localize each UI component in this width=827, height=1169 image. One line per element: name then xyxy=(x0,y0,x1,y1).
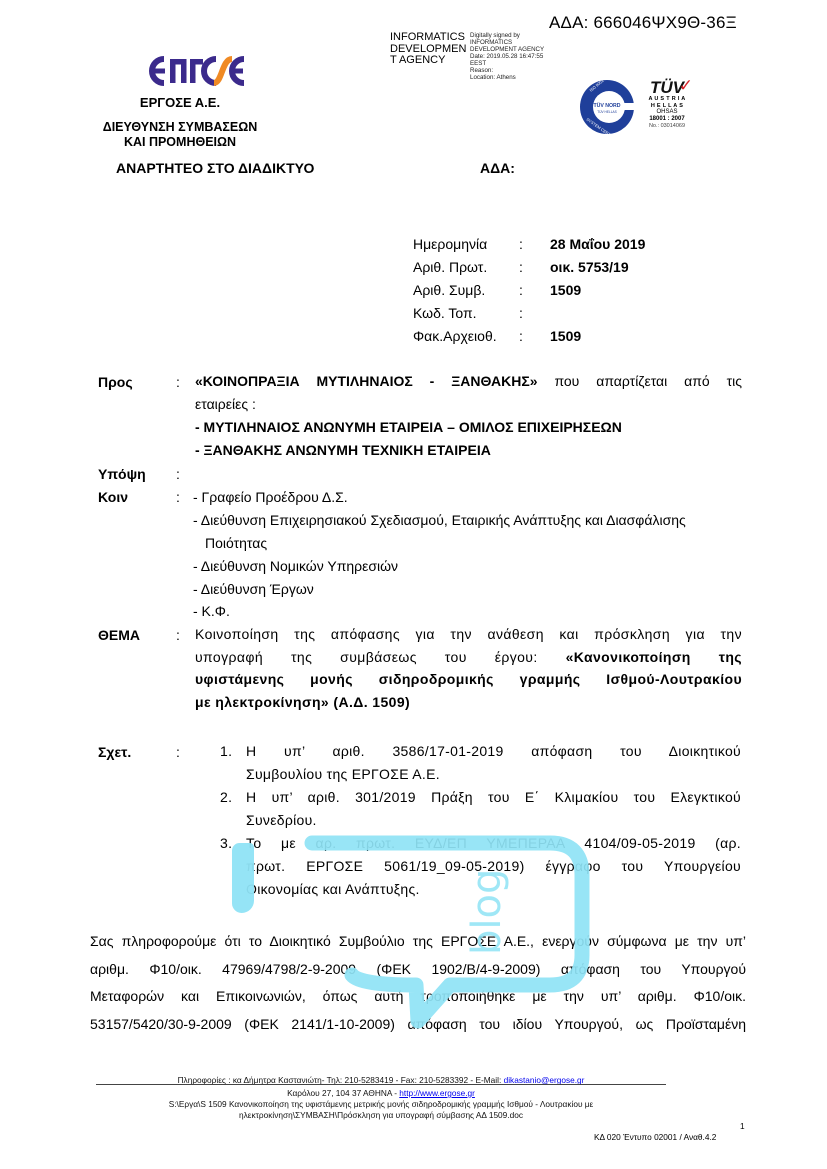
svg-text:TÜV HELLAS: TÜV HELLAS xyxy=(597,110,617,114)
iso-tuv-nord-seal-icon: TÜV NORD TÜV HELLAS ISO 9001 SYSTEM CERT… xyxy=(578,78,636,136)
reference-item-1: Η υπ’ αριθ. 3586/17-01-2019 απόφαση του … xyxy=(246,740,741,786)
footer-divider xyxy=(96,1084,666,1085)
subject-text: Κοινοποίηση της απόφασης για την ανάθεση… xyxy=(195,623,742,713)
attention-colon: : xyxy=(176,466,180,482)
cc-label: Κοιν xyxy=(98,489,128,505)
attention-label: Υπόψη xyxy=(98,466,146,482)
cc-item: - Διεύθυνση Έργων xyxy=(193,581,314,597)
reference-number: 2. xyxy=(220,786,232,809)
reference-item-3: Το με αρ. πρωτ. ΕΥΔ/ΕΠ ΥΜΕΠΕΡΑΑ 4104/09-… xyxy=(246,832,741,901)
page-number: 1 xyxy=(740,1121,745,1131)
subject-label: ΘΕΜΑ xyxy=(98,627,140,643)
digital-signature-name: INFORMATICS DEVELOPMEN T AGENCY xyxy=(390,32,466,67)
svg-text:TÜV NORD: TÜV NORD xyxy=(593,102,620,109)
footer-file-path-1: S:\Εργα\S 1509 Κανονικοποίηση της υφιστά… xyxy=(96,1099,666,1109)
footer-file-path-2: ηλεκτροκίνηση\ΣΥΜΒΑΣΗ\Πρόσκληση για υπογ… xyxy=(96,1110,666,1120)
cc-item-continuation: Ποιότητας xyxy=(205,535,267,551)
reference-number: 3. xyxy=(220,832,232,855)
footer-website-link[interactable]: http://www.ergose.gr xyxy=(399,1088,475,1098)
to-colon: : xyxy=(176,374,180,390)
tuv-mark: TÜV✓ xyxy=(641,80,693,96)
watermark-left-stroke xyxy=(232,843,254,913)
ergose-logo xyxy=(148,54,248,93)
digital-signature-details: Digitally signed by INFORMATICS DEVELOPM… xyxy=(470,32,544,81)
footer-address: Καρόλου 27, 104 37 ΑΘΗΝΑ - http://www.er… xyxy=(96,1088,666,1098)
references-label: Σχετ. xyxy=(98,744,131,760)
to-recipient-line: «ΚΟΙΝΟΠΡΑΞΙΑ ΜΥΤΙΛΗΝΑΙΟΣ - ΞΑΝΘΑΚΗΣ» που… xyxy=(195,370,742,393)
department-line-1: ΔΙΕΥΘΥΝΣΗ ΣΥΜΒΑΣΕΩΝ xyxy=(0,120,360,134)
to-companies-intro: εταιρείες : xyxy=(195,393,256,416)
ada-number-top: ΑΔΑ: 666046ΨΧ9Θ-36Ξ xyxy=(549,13,737,33)
tuv-austria-hellas-badge: TÜV✓ A U S T R I A H E L L A S OHSAS 180… xyxy=(641,80,693,130)
form-code: ΚΔ 020 Έντυπο 02001 / Αναθ.4.2 xyxy=(594,1132,716,1142)
cc-item: - Διεύθυνση Επιχειρησιακού Σχεδιασμού, Ε… xyxy=(193,512,686,528)
recipient-company-2: - ΞΑΝΘΑΚΗΣ ΑΝΩΝΥΜΗ ΤΕΧΝΙΚΗ ΕΤΑΙΡΕΙΑ xyxy=(195,439,491,462)
tuv-checkmark-icon: ✓ xyxy=(679,78,693,94)
recipient-company-1: - ΜΥΤΙΛΗΝΑΙΟΣ ΑΝΩΝΥΜΗ ΕΤΑΙΡΕΙΑ – ΟΜΙΛΟΣ … xyxy=(195,416,622,439)
cc-item: - Γραφείο Προέδρου Δ.Σ. xyxy=(193,489,348,505)
subject-colon: : xyxy=(176,627,180,643)
company-name: ΕΡΓΟΣΕ Α.Ε. xyxy=(0,95,360,110)
posted-online-label: ΑΝΑΡΤΗΤΕΟ ΣΤΟ ΔΙΑΔΙΚΤΥΟ xyxy=(116,160,314,176)
reference-item-2: Η υπ’ αριθ. 301/2019 Πράξη του Ε΄ Κλιμακ… xyxy=(246,786,741,832)
cc-colon: : xyxy=(176,489,180,505)
ergose-logo-icon xyxy=(148,54,248,88)
department-line-2: ΚΑΙ ΠΡΟΜΗΘΕΙΩΝ xyxy=(0,135,360,149)
to-label: Προς xyxy=(98,374,133,390)
iso-certification-badge: TÜV NORD TÜV HELLAS ISO 9001 SYSTEM CERT… xyxy=(578,78,636,141)
body-paragraph: Σας πληροφορούμε ότι το Διοικητικό Συμβο… xyxy=(90,928,746,1038)
cc-item: - Κ.Φ. xyxy=(193,603,230,619)
ada-label: ΑΔΑ: xyxy=(480,160,515,176)
references-colon: : xyxy=(176,744,180,760)
reference-number: 1. xyxy=(220,740,232,763)
cc-item: - Διεύθυνση Νομικών Υπηρεσιών xyxy=(193,558,398,574)
